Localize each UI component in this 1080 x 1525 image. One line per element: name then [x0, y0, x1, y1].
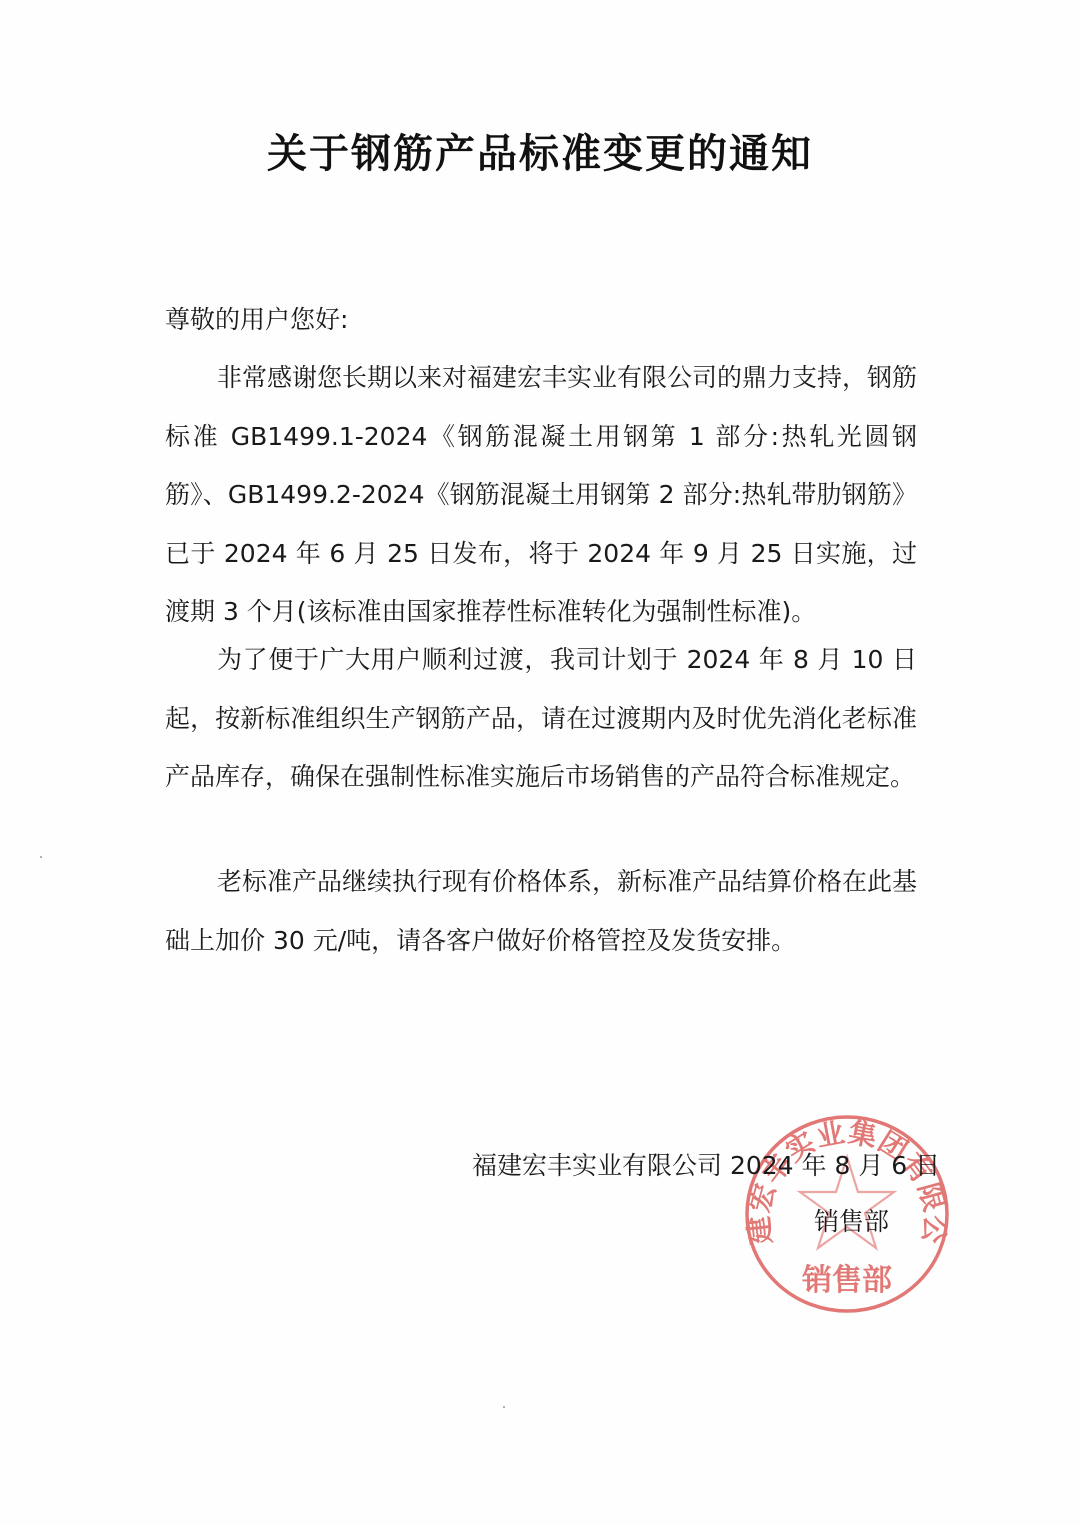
paragraph-standards: 非常感谢您长期以来对福建宏丰实业有限公司的鼎力支持，钢筋标准 GB1499.1-…	[165, 349, 917, 642]
signature-line: 福建宏丰实业有限公司 2024 年 8 月 6 日	[472, 1148, 940, 1184]
paragraph-pricing: 老标准产品继续执行现有价格体系，新标准产品结算价格在此基础上加价 30 元/吨，…	[165, 853, 917, 970]
signature-department: 销售部	[814, 1204, 889, 1240]
signature-company: 福建宏丰实业有限公司	[472, 1151, 722, 1180]
document-title: 关于钢筋产品标准变更的通知	[0, 122, 1080, 179]
paragraph-text: 为了便于广大用户顺利过渡，我司计划于 2024 年 8 月 10 日起，按新标准…	[165, 631, 917, 807]
stamp-bottom-text: 销售部	[802, 1263, 892, 1298]
scan-speck	[40, 856, 42, 858]
scan-speck	[503, 1406, 505, 1408]
paragraph-transition: 为了便于广大用户顺利过渡，我司计划于 2024 年 8 月 10 日起，按新标准…	[165, 631, 917, 807]
paragraph-text: 老标准产品继续执行现有价格体系，新标准产品结算价格在此基础上加价 30 元/吨，…	[165, 853, 917, 970]
paragraph-text: 非常感谢您长期以来对福建宏丰实业有限公司的鼎力支持，钢筋标准 GB1499.1-…	[165, 349, 917, 642]
document-page: 关于钢筋产品标准变更的通知 尊敬的用户您好: 非常感谢您长期以来对福建宏丰实业有…	[0, 0, 1080, 1525]
salutation: 尊敬的用户您好:	[165, 300, 348, 340]
signature-date: 2024 年 8 月 6 日	[730, 1151, 940, 1180]
